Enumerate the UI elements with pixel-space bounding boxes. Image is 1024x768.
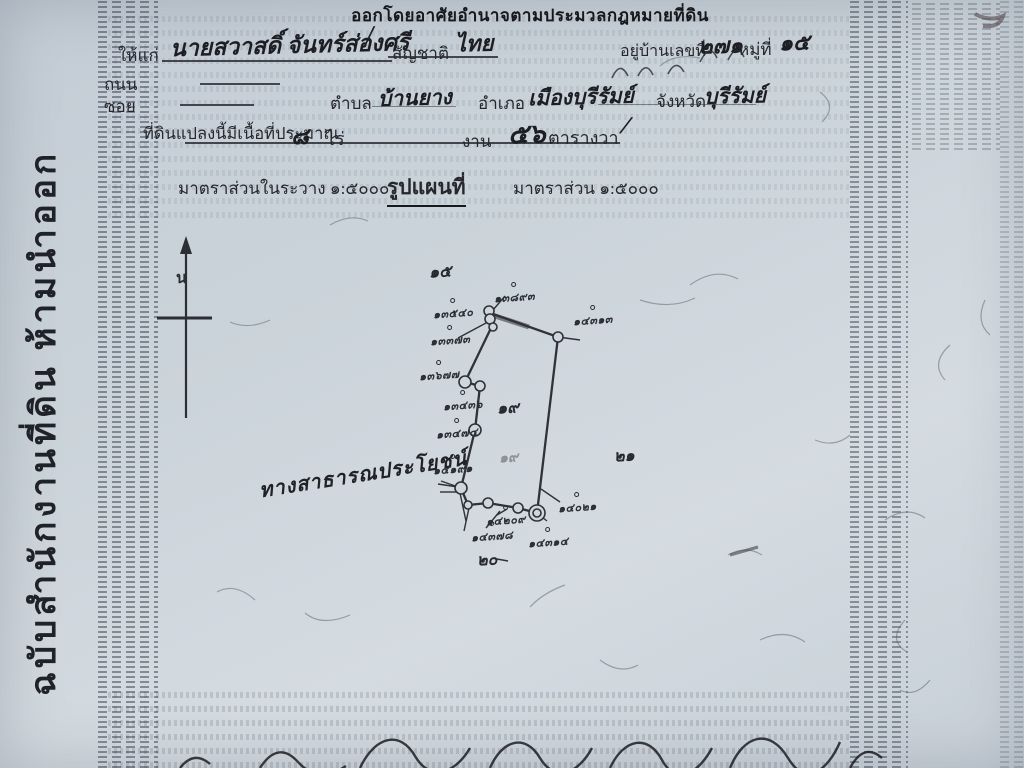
survey-marker-circle <box>455 482 467 494</box>
underline-name <box>162 60 392 62</box>
survey-marker-circle <box>469 424 481 436</box>
parcel-number: ๑๙ <box>496 395 519 421</box>
nationality-value: ไทย <box>455 26 494 62</box>
boundary-tail-line <box>438 484 458 487</box>
survey-marker-circle <box>475 381 485 391</box>
map-figure-title: รูปแผนที่ <box>387 171 466 207</box>
parcel-number: ๒๑ <box>613 443 635 469</box>
nationality-label: สัญชาติ <box>392 40 449 67</box>
survey-marker-circle <box>464 501 472 509</box>
rai-value: ๘ <box>291 119 310 155</box>
survey-marker-circle <box>484 306 494 316</box>
survey-marker-circle <box>533 509 541 517</box>
moo-label: หมู่ที่ <box>738 36 772 63</box>
underline-amphoe-province <box>598 104 756 105</box>
boundary-tail-line <box>558 337 580 340</box>
microtext-band-far-right <box>1000 0 1024 768</box>
parcel-boundary <box>461 313 558 513</box>
boundary-marker-number: ๑๓๖๗๗ <box>418 365 460 386</box>
amphoe-value: เมืองบุรีรัมย์ <box>528 80 635 116</box>
soi-blank-line <box>180 104 254 106</box>
province-label: จังหวัด <box>656 88 706 115</box>
tick-mark: / <box>619 110 632 142</box>
boundary-tail-line <box>493 296 505 310</box>
boundary-marker-number: ๑๔๐๒๑ <box>557 497 597 518</box>
house-no-value: ๒๗๑ <box>698 27 744 63</box>
boundary-marker-number: ๑๔๓๑๔ <box>527 532 569 553</box>
scale-right-label: มาตราส่วน ๑:๕๐๐๐ <box>513 175 659 202</box>
boundary-tail-line <box>486 511 500 528</box>
survey-marker-circle <box>553 332 563 342</box>
survey-marker-circle <box>513 503 523 513</box>
tambon-value: บ้านยาง <box>378 81 453 116</box>
road-blank-line <box>200 83 280 85</box>
microtext-band-right <box>850 0 908 768</box>
slash-mark: / <box>366 20 374 51</box>
house-no-label: อยู่บ้านเลขที่ <box>620 39 706 64</box>
tambon-label: ตำบล <box>330 90 372 117</box>
microtext-rows-bottom <box>108 690 850 768</box>
boundary-tail-line <box>460 493 466 521</box>
land-deed-document: ฉบับสำนักงานที่ดิน ห้ามนำออก ออกโดยอาศัย… <box>0 0 1024 768</box>
province-value: บุรีรัมย์ <box>704 79 767 114</box>
boundary-marker-number: ๑๓๔๗๔ <box>435 423 478 444</box>
boundary-tail-line <box>497 509 507 515</box>
given-to-label: ให้แก่ <box>118 42 159 69</box>
boundary-marker-number: ๑๓๘๙๓ <box>493 287 535 308</box>
right-edge-dark-mark <box>730 14 1003 555</box>
wa-label: ตารางวา <box>548 123 619 152</box>
boundary-marker-number: ๑๓๕๔๐ <box>432 303 474 324</box>
boundary-tail-line <box>441 481 461 488</box>
north-letter: น <box>176 266 187 291</box>
boundary-tail-line <box>458 323 486 338</box>
survey-marker-circle <box>529 505 545 521</box>
survey-marker-circle <box>489 323 497 331</box>
boundary-marker-number: ๑๔๓๗๘ <box>470 526 513 547</box>
public-road-label: ทางสาธารณประโยชน์ <box>257 442 470 506</box>
boundary-marker-number: ๑๔๒๐๙ <box>485 510 526 531</box>
wa-value: ๕๖ <box>507 112 546 156</box>
boundary-marker-number: ๑๔๓๑๓ <box>572 310 613 331</box>
rai-label: ไร่ <box>326 124 345 153</box>
ngan-label: งาน <box>462 128 491 155</box>
moo-value: ๑๕ <box>779 25 811 61</box>
office-copy-stamp: ฉบับสำนักงานที่ดิน ห้ามนำออก <box>16 96 71 696</box>
north-arrow-icon <box>157 236 212 418</box>
boundary-marker-number: ๑๓๔๓๖ <box>442 395 483 416</box>
scale-left-label: มาตราส่วนในระวาง ๑:๕๐๐๐ <box>178 175 389 202</box>
boundary-marker-number: ๑๓๓๗๓ <box>429 330 470 351</box>
boundary-tail-line <box>541 489 560 502</box>
boundary-shade-mark <box>492 315 529 327</box>
signature-scribbles <box>180 739 882 768</box>
microtext-block-top-right <box>912 0 1000 150</box>
boundary-tail-line <box>497 559 508 561</box>
parcel-number: ๑๙ <box>498 447 518 470</box>
parcel-number: ๑๕ <box>428 259 452 285</box>
survey-marker-circle <box>485 314 495 324</box>
survey-marker-circle <box>483 498 493 508</box>
boundary-tail-line <box>464 508 469 531</box>
soi-label: ซอย <box>104 93 136 120</box>
underline-tambon <box>372 106 456 107</box>
boundary-tail-line <box>537 513 547 521</box>
survey-marker-circle <box>459 376 471 388</box>
parcel-number: ๒๐ <box>476 547 498 573</box>
